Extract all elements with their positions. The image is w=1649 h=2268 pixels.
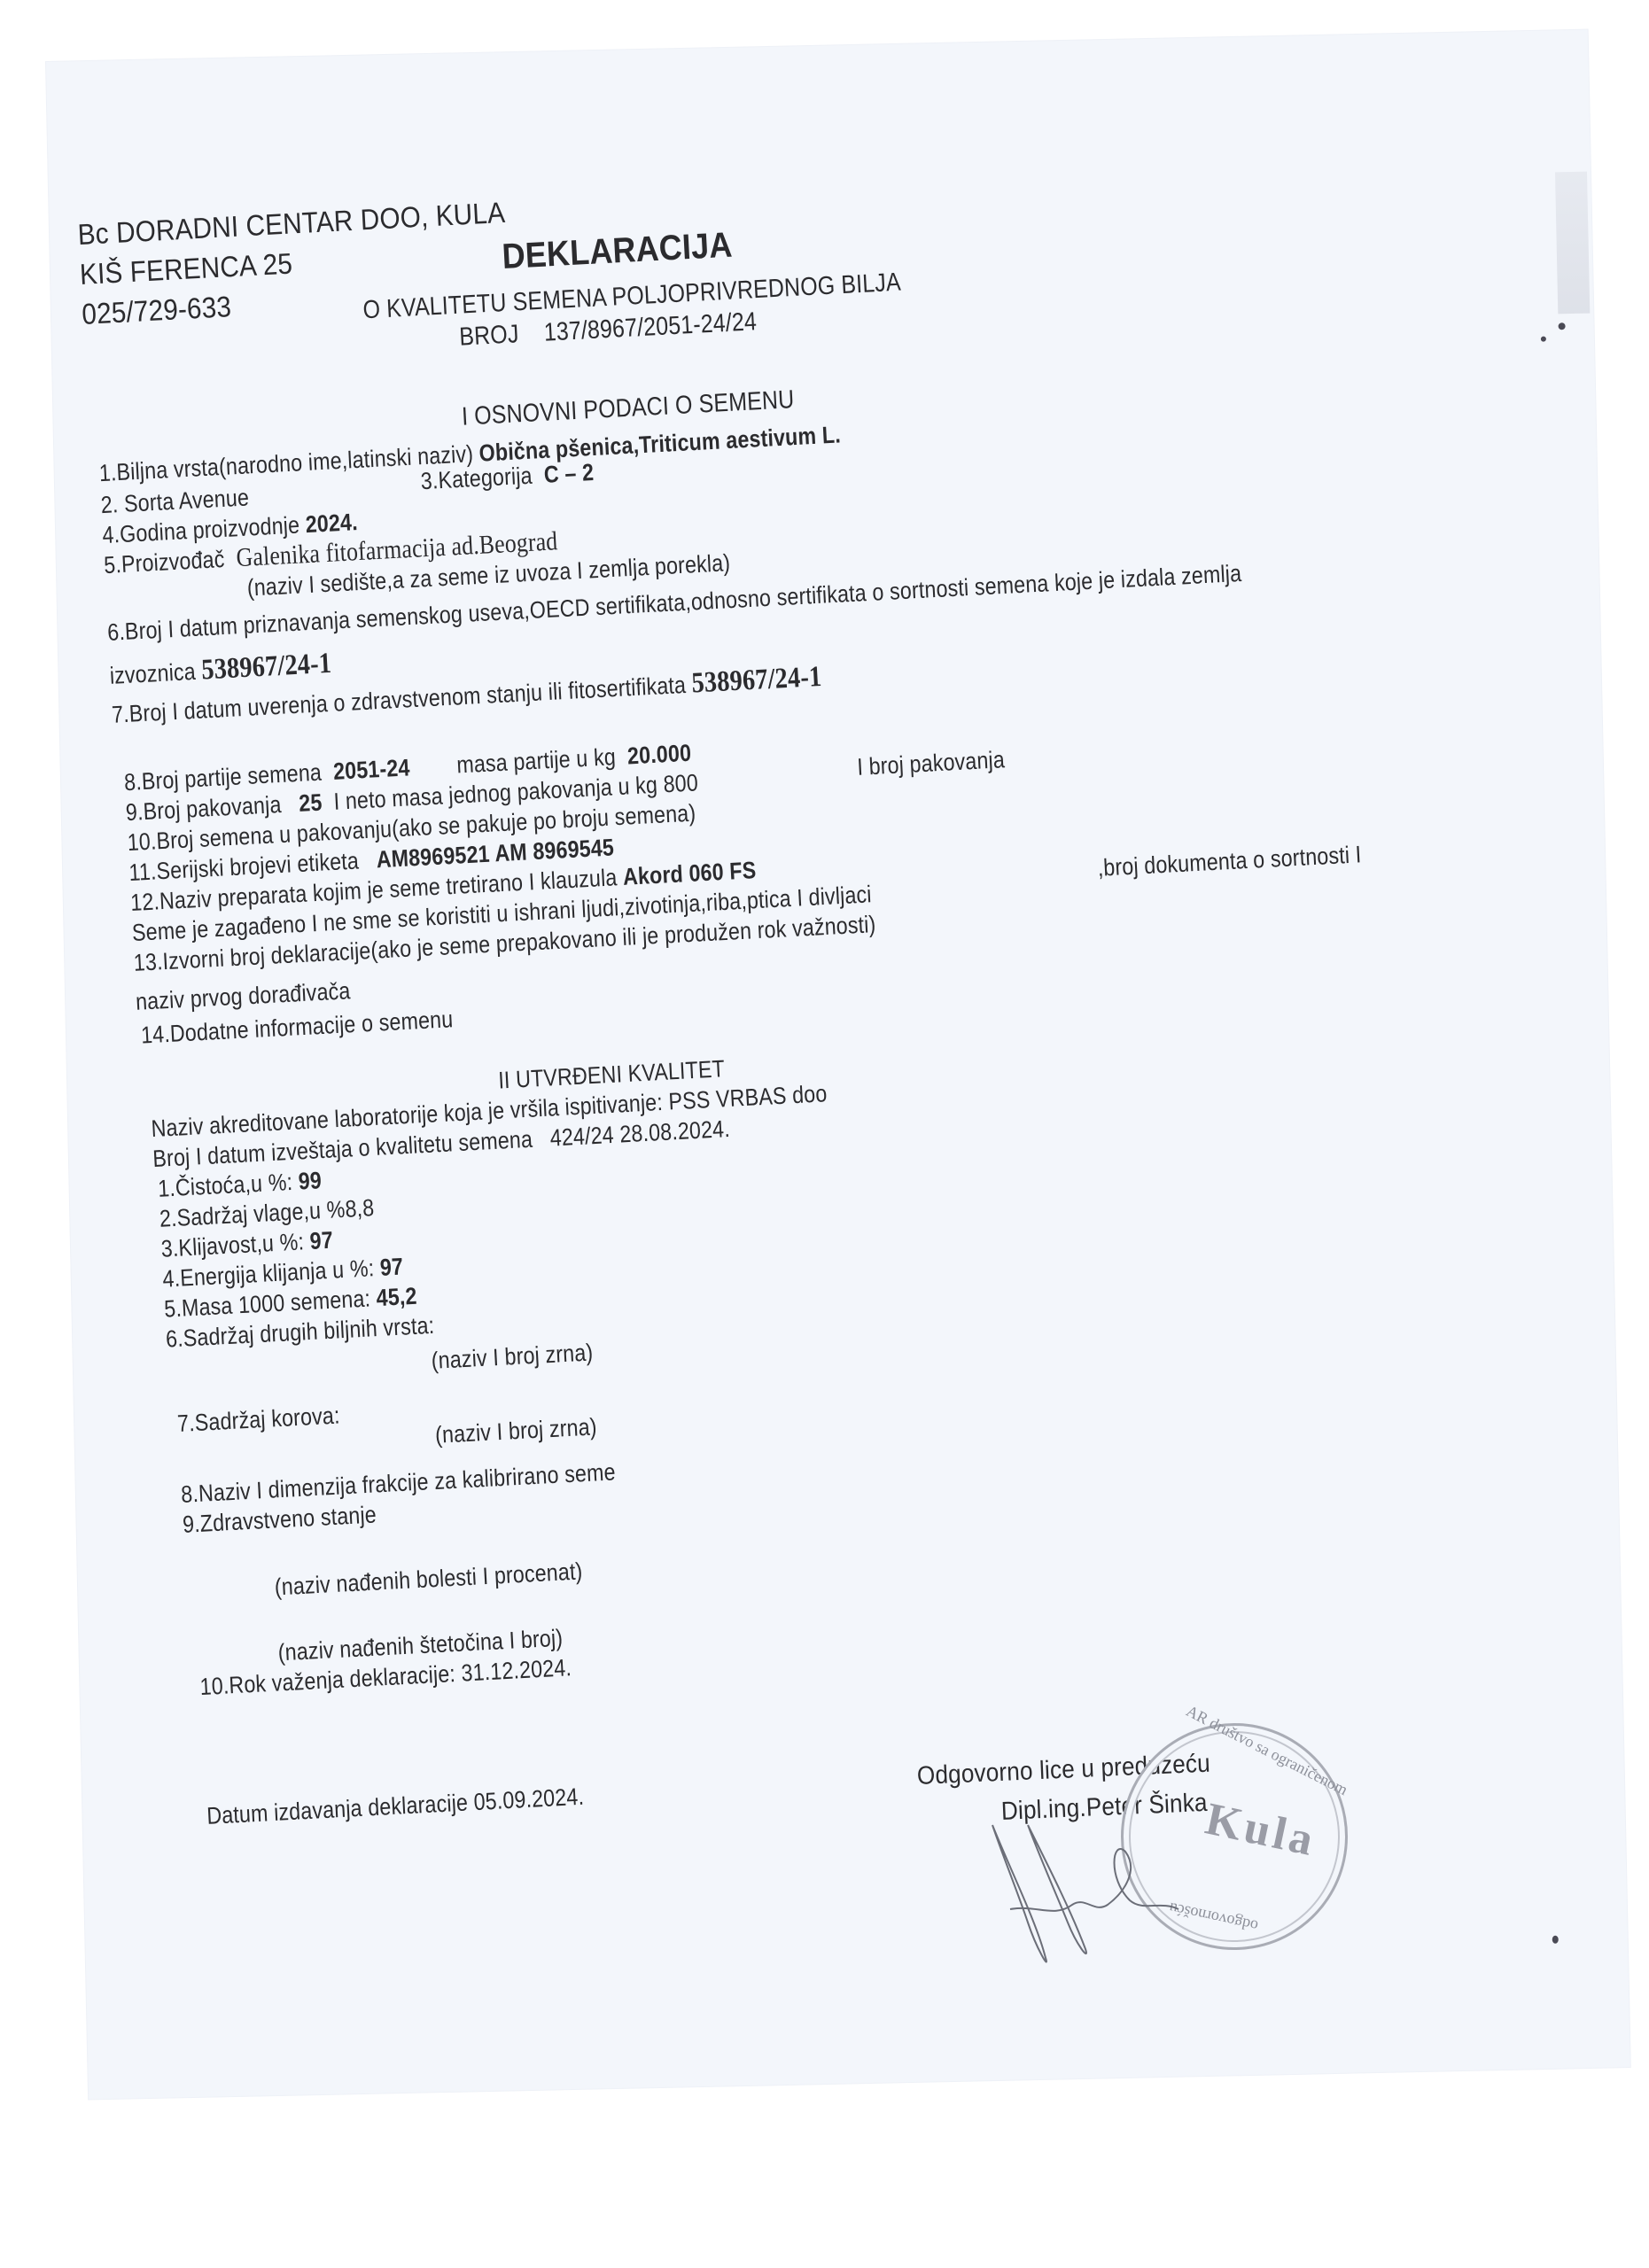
lot-number-value: 2051-24 [332, 754, 410, 784]
package-count-value: 25 [298, 789, 323, 817]
quality-weeds: 7.Sadržaj korova: [176, 1402, 340, 1437]
germination-energy-value: 97 [379, 1254, 404, 1281]
germination-label: 3.Klijavost,u %: [160, 1228, 305, 1262]
issuer-name: Bc DORADNI CENTAR DOO, KULA [77, 199, 506, 248]
section1-heading: I OSNOVNI PODACI O SEMENU [461, 386, 795, 431]
other-species-note: (naziv I broj zrna) [431, 1339, 594, 1374]
issuer-address: KIŠ FERENCA 25 [79, 250, 292, 288]
germination-value: 97 [309, 1227, 334, 1254]
variety-document-note: ,broj dokumenta o sortnosti I [1097, 841, 1362, 882]
purity-label: 1.Čistoća,u %: [157, 1169, 292, 1202]
production-year-value: 2024. [305, 509, 358, 538]
diseases-note: (naziv nađenih bolesti I procenat) [274, 1557, 583, 1600]
issue-date: Datum izdavanja deklaracije 05.09.2024. [206, 1783, 585, 1829]
quality-germination: 3.Klijavost,u %: 97 [160, 1227, 334, 1262]
lab-value: PSS VRBAS doo [668, 1080, 828, 1115]
first-processor-name: naziv prvog dorađivača [135, 977, 351, 1015]
item-variety: 2. Sorta Avenue [100, 484, 250, 518]
weeds-note: (naziv I broj zrna) [434, 1413, 597, 1449]
category-label: 3.Kategorija [420, 462, 533, 495]
treatment-value: Akord 060 FS [622, 857, 757, 890]
item-recognition-value: izvoznica 538967/24-1 [109, 650, 332, 689]
declaration-document: Bc DORADNI CENTAR DOO, KULA KIŠ FERENCA … [0, 0, 1649, 2268]
producer-label: 5.Proizvođač [104, 546, 226, 579]
plant-species-label: 1.Biljna vrsta(narodno ime,latinski nazi… [98, 440, 474, 486]
thousand-seed-mass-value: 45,2 [376, 1283, 417, 1311]
report-value: 424/24 28.08.2024. [549, 1115, 731, 1152]
document-number-value: 137/8967/2051-24/24 [543, 307, 758, 347]
purity-value: 99 [298, 1167, 323, 1194]
category-value: C – 2 [543, 459, 595, 488]
stamp-center-text: Kula [1201, 1793, 1320, 1868]
quality-purity: 1.Čistoća,u %: 99 [157, 1167, 322, 1202]
validity-date: 10.Rok važenja deklaracije: 31.12.2024. [199, 1654, 572, 1700]
quality-fraction: 8.Naziv I dimenzija frakcije za kalibrir… [181, 1458, 617, 1508]
recognition-label-cont: izvoznica [109, 658, 196, 689]
recognition-number: 538967/24-1 [200, 648, 332, 687]
quality-health: 9.Zdravstveno stanje [182, 1501, 377, 1537]
issuer-phone: 025/729-633 [82, 293, 232, 328]
handwritten-signature [975, 1816, 1205, 1976]
package-count-right: I broj pakovanja [857, 746, 1006, 781]
document-title: DEKLARACIJA [502, 231, 733, 270]
lot-mass-value: 20.000 [626, 740, 692, 770]
package-count-label: 9.Broj pakovanja [125, 791, 282, 826]
health-certificate-number: 538967/24-1 [691, 661, 823, 700]
plant-species-value: Obična pšenica,Triticum aestivum L. [478, 421, 842, 466]
document-number-label: BROJ [459, 320, 520, 351]
lot-mass-label: masa partije u kg [456, 743, 617, 778]
